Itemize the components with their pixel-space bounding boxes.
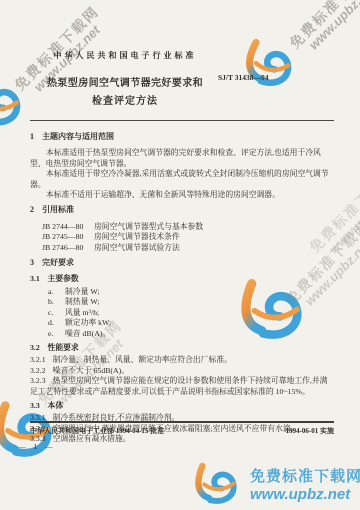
clause-text: 噪音不大于 65dB(A)。 [53, 366, 129, 375]
watermark-site-name: 免费标准下载网 [250, 465, 360, 486]
standard-number: SJ/T 31438—94 [218, 73, 303, 82]
brand-text: 免费标准下载网 www.upbz.net [250, 465, 360, 503]
watermark-brand-bottomright: 免费标准下载网 www.upbz.net [188, 462, 360, 506]
clause-text: 热泵型房间空气调节器应能在规定的设计参数和使用条件下持续可靠地工作,并满足工艺特… [30, 376, 327, 395]
watermark-site-url: www.upbz.net [250, 486, 360, 503]
scanned-standard-page: 免费标准下载网 www.upbz.net 免费标准下载网 www.upbz.ne… [0, 0, 360, 510]
clause: 3.2.3热泵型房间空气调节器应能在规定的设计参数和使用条件下持续可靠地工作,并… [30, 376, 334, 397]
clause-number: 3.2.2 [30, 366, 46, 375]
upbz-logo-icon [188, 462, 246, 506]
parameter-item: d.额定功率 kW; [30, 318, 334, 328]
footer-rule [30, 421, 334, 423]
parameter-letter: d. [48, 318, 58, 328]
parameter-item: e.噪音 dB(A)。 [30, 329, 334, 339]
parameter-item: a.制冷量 W; [30, 287, 334, 297]
clause-number: 3.2.1 [30, 355, 46, 364]
header-rule [30, 120, 334, 121]
reference-item: JB 2746—80房间空气调节器试验方法 [30, 243, 334, 253]
section-1-paragraph: 本标准不适用于运输超净、无菌和全新风等特殊用途的房间空调器。 [30, 190, 334, 200]
section-1-heading: 1 主题内容与适用范围 [30, 132, 334, 142]
clause-text: 制冷量、制热量、风量、额定功率应符合出厂标准。 [53, 355, 232, 364]
watermark-site-url: www.upbz.net [284, 0, 360, 76]
parameter-letter: e. [48, 329, 58, 339]
parameter-item: c.风量 m³/h; [30, 308, 334, 318]
clause-number: 3.2.3 [30, 376, 46, 385]
clause: 3.2.1制冷量、制热量、风量、额定功率应符合出厂标准。 [30, 355, 334, 365]
parameter-letter: c. [48, 308, 58, 318]
standard-org-line: 中华人民共和国电子行业标准 [30, 50, 220, 61]
parameter-text: 额定功率 kW; [65, 318, 111, 327]
parameter-letter: a. [48, 287, 58, 297]
section-1-paragraph: 本标准适用于热泵型房间空气调节器的完好要求和检查、评定方法,也适用于冷风型、电热… [30, 148, 334, 169]
reference-code: JB 2745—80 [42, 232, 86, 242]
upbz-logo-icon [240, 33, 300, 94]
reference-code: JB 2746—80 [42, 243, 86, 253]
reference-name: 房间空气调节器试验方法 [94, 243, 180, 252]
reference-name: 房间空气调节器技术条件 [94, 232, 180, 241]
reference-item: JB 2744—80房间空气调节器型式与基本参数 [30, 222, 334, 232]
parameter-text: 噪音 dB(A)。 [65, 329, 110, 338]
implementation-date: 1994-06-01 实施 [286, 426, 334, 436]
section-3-heading: 3 完好要求 [30, 258, 334, 268]
parameter-letter: b. [48, 297, 58, 307]
section-2-heading: 2 引用标准 [30, 205, 334, 215]
parameter-item: b.制热量 W; [30, 297, 334, 307]
parameter-text: 制热量 W; [65, 297, 100, 306]
parameter-text: 制冷量 W; [65, 287, 100, 296]
reference-name: 房间空气调节器型式与基本参数 [94, 222, 203, 231]
reference-item: JB 2745—80房间空气调节器技术条件 [30, 232, 334, 242]
section-3-3-heading: 3.3 本体 [30, 401, 334, 411]
reference-code: JB 2744—80 [42, 222, 86, 232]
parameter-text: 风量 m³/h; [65, 308, 99, 317]
approval-line: 中华人民共和国电子工业部 1994-04-15 批准 [30, 426, 164, 436]
clause: 3.2.2噪音不大于 65dB(A)。 [30, 366, 334, 376]
watermark-diagonal-topright: 免费标准下载网 www.upbz.net [273, 0, 360, 76]
document-title-line2: 检查评定方法 [20, 92, 230, 107]
watermark-site-name: 免费标准下载网 [273, 0, 360, 65]
page-number: — 1 — [18, 442, 56, 451]
document-body: 1 主题内容与适用范围 本标准适用于热泵型房间空气调节器的完好要求和检查、评定方… [30, 127, 334, 445]
section-3-1-heading: 3.1 主要参数 [30, 274, 334, 284]
document-title-line1: 热泵型房间空气调节器完好要求和 [20, 74, 230, 89]
section-1-paragraph: 本标准适用于带空冷冷凝器,采用活塞式或旋转式全封闭制冷压缩机的房间空气调节器。 [30, 169, 334, 190]
section-3-2-heading: 3.2 性能要求 [30, 343, 334, 353]
